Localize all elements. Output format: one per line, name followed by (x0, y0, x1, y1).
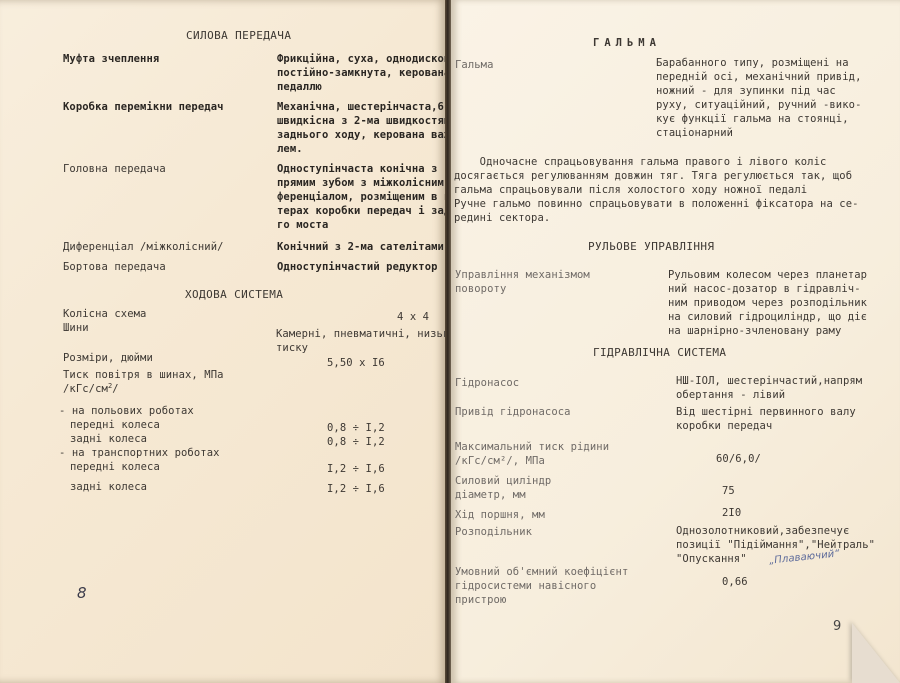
section-title-brakes: ГАЛЬМА (593, 36, 661, 50)
hydraulics-label: Силовий циліндр (455, 474, 551, 488)
brakes-paragraph: редині сектора. (454, 211, 550, 225)
brakes-value: руху, ситуаційний, ручний -вико- (656, 98, 862, 112)
hydraulics-value: Від шестірні первинного валу (676, 405, 856, 419)
pressure-label: Тиск повітря в шинах, МПа (63, 368, 224, 382)
brakes-paragraph: Ручне гальмо повинно спрацьовувати в пол… (454, 197, 859, 211)
hydraulics-value: 75 (722, 484, 735, 498)
field-work-label: - на польових роботах (59, 404, 194, 418)
transport-rear-label: задні колеса (70, 480, 147, 494)
hydraulics-value: 2I0 (722, 506, 741, 520)
hydraulics-value: коробки передач (676, 419, 772, 433)
brakes-paragraph: досягається регулюванням довжин тяг. Тяг… (454, 169, 852, 183)
row-value: Конічний з 2-ма сателітами (277, 240, 444, 254)
row-value: го моста (277, 218, 328, 232)
section-title-steering: РУЛЬОВЕ УПРАВЛІННЯ (588, 240, 714, 254)
hydraulics-label: пристрою (455, 593, 506, 607)
size-label: Розміри, дюйми (63, 351, 153, 365)
field-front-label: передні колеса (70, 418, 160, 432)
transport-front-value: I,2 ÷ I,6 (327, 462, 385, 476)
row-value: швидкісна з 2-ма швидкостями (277, 114, 457, 128)
hydraulics-label: гідросистеми навісного (455, 579, 596, 593)
row-value: прямим зубом з міжколісним ди (277, 176, 463, 190)
row-value: ференціалом, розміщеним в кар (277, 190, 463, 204)
hydraulics-label: Максимальний тиск рідини (455, 440, 609, 454)
pressure-unit-text: /кГс/см (63, 383, 108, 395)
transport-work-label: - на транспортних роботах (59, 446, 220, 460)
hydraulics-value: НШ-IОЛ, шестерінчастий,напрям (676, 374, 862, 388)
row-label: Головна передача (63, 162, 166, 176)
left-page: СИЛОВА ПЕРЕДАЧА Муфта зчеплення Фрикційн… (0, 0, 447, 683)
hydraulics-value: "Опускання" (676, 552, 747, 566)
tires-label: Шини (63, 321, 89, 335)
hydraulics-value: обертання - лівий (676, 388, 785, 402)
row-value: Механічна, шестерінчаста,6-ти (277, 100, 463, 114)
section-title-transmission: СИЛОВА ПЕРЕДАЧА (186, 29, 291, 43)
transport-front-label: передні колеса (70, 460, 160, 474)
field-rear-label: задні колеса (70, 432, 147, 446)
brakes-label: Гальма (455, 58, 494, 72)
row-label: Коробка перемікни передач (63, 100, 224, 114)
field-rear-value: 0,8 ÷ I,2 (327, 435, 385, 449)
brakes-value: кує функції гальма на стоянці, (656, 112, 849, 126)
section-title-chassis: ХОДОВА СИСТЕМА (185, 288, 283, 302)
tires-value: Камерні, пневматичні, низького (276, 327, 469, 341)
brakes-value: ножний - для зупинки під час (656, 84, 836, 98)
hydraulics-label: Гідронасос (455, 376, 519, 390)
hydraulics-value: Однозолотниковий,забезпечує (676, 524, 849, 538)
hydraulics-value: 0,66 (722, 575, 748, 589)
section-title-hydraulics: ГІДРАВЛІЧНА СИСТЕМА (593, 346, 726, 360)
row-value: педаллю (277, 80, 322, 94)
brakes-paragraph: Одночасне спрацьовування гальма правого … (454, 155, 826, 169)
row-label: Диференціал /міжколісний/ (63, 240, 224, 254)
steering-value: Рульовим колесом через планетар (668, 268, 867, 282)
row-value: Одноступінчаста конічна з (277, 162, 438, 176)
brakes-value: стаціонарний (656, 126, 733, 140)
row-value: заднього ходу, керована важе- (277, 128, 463, 142)
brakes-paragraph: гальма спрацьовували після холостого ход… (454, 183, 807, 197)
hydraulics-label: /кГс/см²/, МПа (455, 454, 545, 468)
steering-label: повороту (455, 282, 506, 296)
steering-value: на силовий гідроциліндр, що діє (668, 310, 867, 324)
transport-rear-value: I,2 ÷ I,6 (327, 482, 385, 496)
row-value: лем. (277, 142, 303, 156)
wheel-formula-value: 4 x 4 (397, 310, 429, 324)
tires-value: тиску (276, 341, 308, 355)
pressure-unit-end: / (112, 383, 118, 395)
row-label: Муфта зчеплення (63, 52, 159, 66)
pressure-unit-label: /кГс/см2/ (63, 382, 119, 396)
row-value: Фрикційна, суха, однодискова, (277, 52, 463, 66)
size-value: 5,50 x I6 (327, 356, 385, 370)
steering-value: ним приводом через розподільник (668, 296, 867, 310)
page-corner-curl (852, 623, 900, 683)
steering-value: ний насос-дозатор в гідравліч- (668, 282, 861, 296)
wheel-formula-label: Колісна схема (63, 307, 146, 321)
hydraulics-label: діаметр, мм (455, 488, 526, 502)
row-value: терах коробки передач і задньо (277, 204, 470, 218)
row-label: Бортова передача (63, 260, 166, 274)
row-value: Одноступінчастий редуктор (277, 260, 438, 274)
brakes-value: передній осі, механічний привід, (656, 70, 862, 84)
hydraulics-value: 60/6,0/ (716, 452, 761, 466)
steering-label: Управління механізмом (455, 268, 590, 282)
hydraulics-label: Хід поршня, мм (455, 508, 545, 522)
hydraulics-value: позиції "Підіймання","Нейтраль" (676, 538, 875, 552)
field-front-value: 0,8 ÷ I,2 (327, 421, 385, 435)
page-number-left: 8 (77, 586, 87, 600)
hydraulics-label: Умовний об'ємний коефіцієнт (455, 565, 628, 579)
page-number-right: 9 (833, 620, 841, 634)
hydraulics-label: Привід гідронасоса (455, 405, 571, 419)
row-value: постійно-замкнута, керована (277, 66, 450, 80)
brakes-value: Барабанного типу, розміщені на (656, 56, 849, 70)
right-page: ГАЛЬМА Гальма Барабанного типу, розміщен… (451, 0, 900, 683)
steering-value: на шарнірно-зчленовану раму (668, 324, 841, 338)
hydraulics-label: Розподільник (455, 525, 532, 539)
